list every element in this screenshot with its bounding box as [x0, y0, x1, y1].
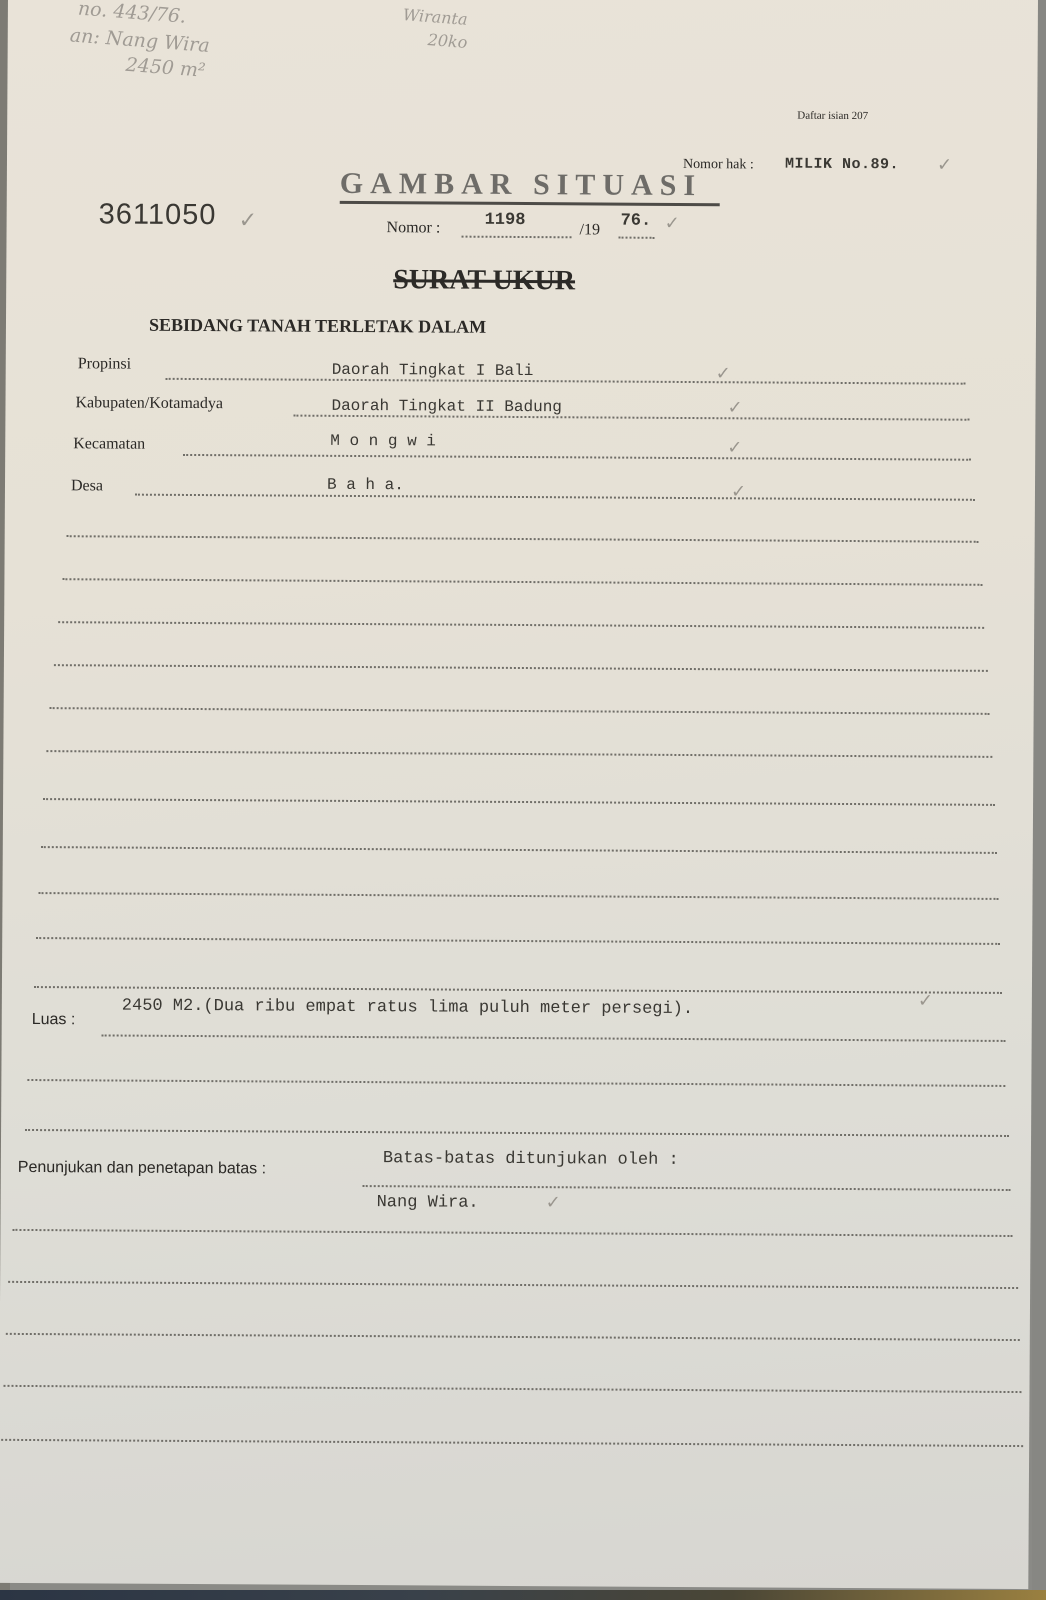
- nomor-hak-value: MILIK No.89.: [785, 156, 899, 174]
- scan-background-bottom: [0, 1590, 1046, 1600]
- blank-dotted-line: [43, 798, 995, 806]
- batas-label: Penunjukan dan penetapan batas :: [18, 1159, 266, 1179]
- handwritten-note-owner: an: Nang Wira: [69, 24, 210, 57]
- dotted-line: [166, 378, 966, 385]
- luas-value: 2450 M2.(Dua ribu empat ratus lima puluh…: [122, 997, 693, 1019]
- blank-dotted-line: [36, 937, 1000, 945]
- check-mark-icon: ✓: [546, 1192, 561, 1213]
- blank-dotted-line: [8, 1281, 1018, 1289]
- field-label-desa: Desa: [71, 477, 103, 495]
- blank-dotted-line: [3, 1385, 1021, 1393]
- batas-value-line2: Nang Wira.: [377, 1193, 479, 1213]
- year-dotted-line: [619, 237, 655, 239]
- dotted-line: [183, 454, 971, 461]
- field-label-propinsi: Propinsi: [78, 355, 131, 373]
- luas-label: Luas :: [32, 1011, 76, 1029]
- blank-dotted-line: [27, 1079, 1005, 1087]
- blank-dotted-line: [41, 846, 997, 854]
- document-page: no. 443/76. an: Nang Wira 2450 m² Wirant…: [0, 0, 1038, 1589]
- blank-dotted-line: [12, 1229, 1012, 1237]
- section-heading: SEBIDANG TANAH TERLETAK DALAM: [149, 315, 486, 338]
- batas-value-line1: Batas-batas ditunjukan oleh :: [383, 1149, 679, 1170]
- struck-title: SURAT UKUR: [393, 264, 575, 297]
- blank-dotted-line: [6, 1333, 1020, 1341]
- dotted-line: [293, 415, 969, 421]
- form-code: Daftar isian 207: [797, 110, 868, 122]
- dotted-line: [102, 1034, 1006, 1042]
- dotted-line: [363, 1185, 1011, 1191]
- blank-dotted-line: [39, 892, 999, 900]
- check-mark-icon: ✓: [731, 481, 746, 502]
- year-prefix: /19: [580, 221, 601, 239]
- document-title: GAMBAR SITUASI: [340, 167, 702, 203]
- blank-dotted-line: [67, 535, 979, 543]
- check-mark-icon: ✓: [727, 437, 742, 458]
- blank-dotted-line: [62, 578, 982, 586]
- field-value-kecamatan: M o n g w i: [330, 432, 436, 451]
- year-value: 76.: [621, 212, 652, 231]
- blank-dotted-line: [54, 664, 988, 672]
- blank-dotted-line: [34, 986, 1002, 994]
- field-label-kecamatan: Kecamatan: [73, 435, 145, 453]
- check-mark-icon: ✓: [937, 155, 952, 176]
- nomor-label: Nomor :: [387, 219, 441, 237]
- check-mark-icon: ✓: [665, 213, 680, 234]
- handwritten-note-code: 20ko: [427, 30, 468, 52]
- nomor-dotted-line: [462, 236, 572, 239]
- check-mark-icon: ✓: [918, 990, 933, 1011]
- field-label-kabupaten: Kabupaten/Kotamadya: [75, 394, 223, 413]
- blank-dotted-line: [50, 707, 990, 715]
- field-value-desa: B a h a.: [327, 476, 404, 494]
- nomor-value: 1198: [485, 211, 526, 230]
- blank-dotted-line: [1, 1439, 1023, 1447]
- document-number: 3611050: [99, 198, 217, 232]
- handwritten-note-area: 2450 m²: [125, 54, 206, 82]
- check-mark-icon: ✓: [727, 397, 742, 418]
- handwritten-note-ref: no. 443/76.: [77, 0, 187, 28]
- blank-dotted-line: [58, 621, 984, 629]
- dotted-line: [135, 494, 975, 501]
- field-value-propinsi: Daorah Tingkat I Bali: [332, 361, 534, 380]
- check-mark-icon: ✓: [239, 208, 258, 233]
- check-mark-icon: ✓: [716, 363, 731, 384]
- handwritten-note-name: Wiranta: [402, 5, 468, 29]
- blank-dotted-line: [25, 1129, 1009, 1137]
- field-value-kabupaten: Daorah Tingkat II Badung: [331, 397, 562, 416]
- blank-dotted-line: [46, 750, 992, 758]
